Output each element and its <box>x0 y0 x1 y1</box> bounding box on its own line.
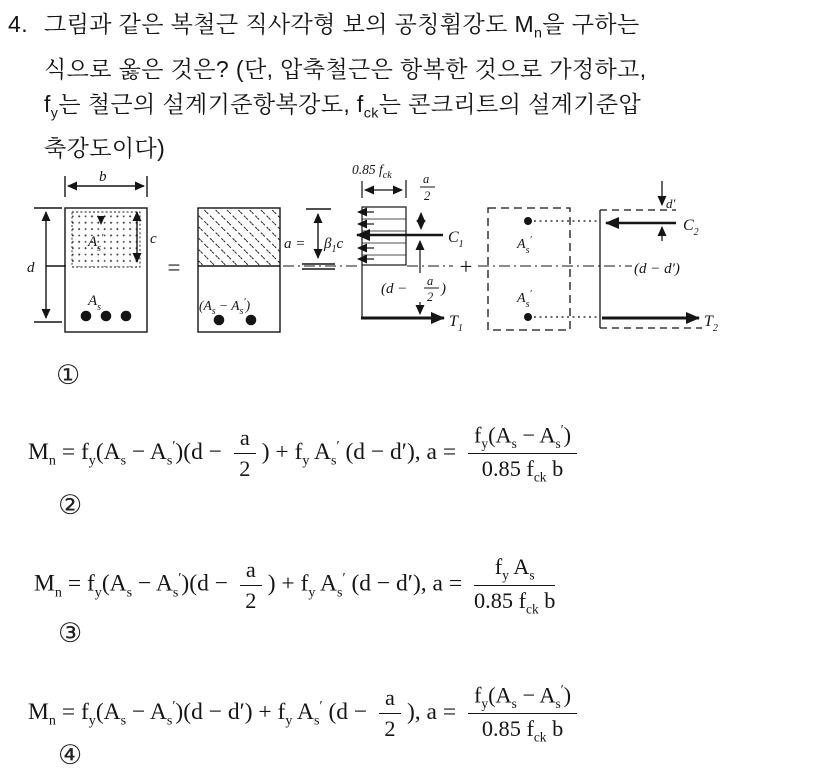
option-4-number: ④ <box>58 740 82 771</box>
exam-page: 4. 그림과 같은 복철근 직사각형 보의 공칭휨강도 Mn을 구하는 식으로 … <box>0 0 826 777</box>
label-as: As <box>87 293 101 313</box>
label-d: d <box>27 260 35 276</box>
label-a-equals: a = <box>284 236 305 252</box>
question-line: 식으로 옳은 것은? (단, 압축철근은 항복한 것으로 가정하고, <box>44 52 647 87</box>
equals-sign: = <box>166 255 182 280</box>
label-085fck: 0.85 fck <box>352 162 392 181</box>
label-t1: T1 <box>449 313 463 334</box>
option-1-formula: Mn = fy(As − As′)(d − a2) + fy As′ (d − … <box>28 422 583 485</box>
option-2-number: ② <box>58 490 82 521</box>
label-as-prime-bottom: As′ <box>516 289 532 310</box>
option-3-formula: Mn = fy(As − As′)(d − d′) + fy As′ (d − … <box>28 682 583 745</box>
label-frac-2: 2 <box>427 290 433 304</box>
option-1-number: ① <box>56 360 80 391</box>
label-beta1c: β1c <box>323 236 343 255</box>
label-d-minus-a-half-pre: (d − <box>381 281 407 297</box>
label-a-half-num: a <box>423 172 429 186</box>
label-d-minus-a-half-close: ) <box>440 281 446 297</box>
dashed-beam-outline <box>488 208 570 330</box>
question-line: 그림과 같은 복철근 직사각형 보의 공칭휨강도 Mn을 구하는 <box>44 7 647 52</box>
steel-forces-section <box>600 181 702 328</box>
label-a-half-den: 2 <box>424 189 430 203</box>
label-c: c <box>150 231 157 247</box>
label-d-prime: d′ <box>666 196 676 211</box>
label-t2: T2 <box>704 313 718 334</box>
label-frac-a: a <box>427 274 433 288</box>
tension-rebar-dot <box>101 311 112 322</box>
beam-diagram: b d c As′ As = (As − As′) a = β1c <box>0 150 790 350</box>
question-text: 그림과 같은 복철근 직사각형 보의 공칭휨강도 Mn을 구하는 식으로 옳은 … <box>44 7 647 166</box>
tension-rebar-dot <box>524 313 532 321</box>
label-d-minus-dprime: (d − d′) <box>634 261 680 277</box>
tension-rebar-dot <box>246 315 257 326</box>
option-3-number: ③ <box>58 618 82 649</box>
plus-sign: + <box>458 254 474 279</box>
option-2-formula: Mn = fy(As − As′)(d − a2) + fy As′ (d − … <box>34 554 561 617</box>
tension-rebar-dot <box>121 311 132 322</box>
question-line: fy는 철근의 설계기준항복강도, fck는 콘크리트의 설계기준압 <box>44 87 647 132</box>
label-as-prime-top: As′ <box>516 235 532 256</box>
question-number: 4. <box>8 7 44 166</box>
compression-zone-hatch <box>198 208 280 266</box>
steel-couple-section <box>488 208 598 330</box>
question-block: 4. 그림과 같은 복철근 직사각형 보의 공칭휨강도 Mn을 구하는 식으로 … <box>8 7 647 166</box>
compression-rebar-dot <box>524 217 532 225</box>
compression-zone-hatch <box>72 212 140 267</box>
tension-rebar-dot <box>81 311 92 322</box>
label-as-diff: (As − As′) <box>199 297 251 317</box>
label-b: b <box>99 169 107 185</box>
label-c1: C1 <box>448 229 464 250</box>
label-c2: C2 <box>683 217 699 238</box>
